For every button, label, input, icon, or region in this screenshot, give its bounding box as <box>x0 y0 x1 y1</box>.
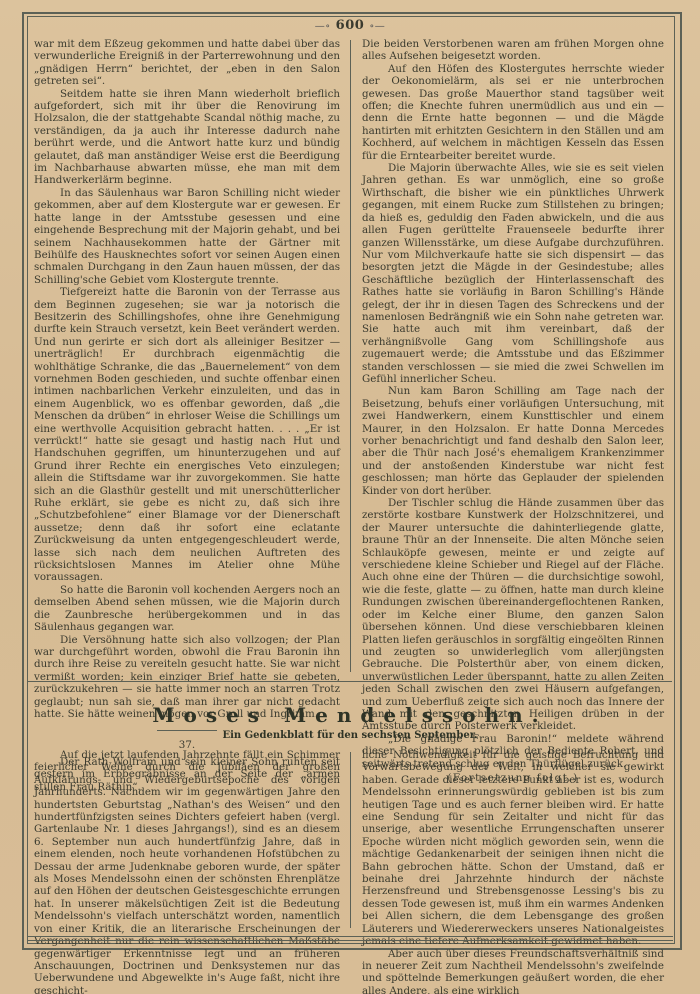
column-divider-top <box>350 40 351 672</box>
article-column-right: liche Nothwendigkeit für die geistige Be… <box>362 749 664 994</box>
story-paragraph: Die Majorin überwachte Alles, wie sie es… <box>362 162 664 385</box>
article-title: Moses Mendelssohn. <box>0 703 700 727</box>
story-paragraph: Seitdem hatte sie ihren Mann wiederholt … <box>34 88 340 187</box>
article-subtitle: Ein Gedenkblatt für den sechsten Septemb… <box>0 730 700 741</box>
ornament-right: ∘— <box>369 21 385 32</box>
story-paragraph: Der Tischler schlug die Hände zusammen ü… <box>362 497 664 733</box>
story-paragraph: war mit dem Eßzeug gekommen und hatte da… <box>34 38 340 88</box>
article-paragraph: liche Nothwendigkeit für die geistige Be… <box>362 749 664 948</box>
section-divider <box>28 681 672 682</box>
story-column-right: Die beiden Verstorbenen waren am frühen … <box>362 38 664 784</box>
ornament-left: —∘ <box>315 21 331 32</box>
story-paragraph: Die beiden Verstorbenen waren am frühen … <box>362 38 664 63</box>
page-number: 600 <box>336 18 365 33</box>
article-paragraph: Auf die jetzt laufenden Jahrzehnte fällt… <box>34 749 340 994</box>
page-number-header: —∘ 600 ∘— <box>0 18 700 33</box>
article-paragraph: Aber auch über dieses Freundschaftsverhä… <box>362 948 664 994</box>
article-column-left: Auf die jetzt laufenden Jahrzehnte fällt… <box>34 749 340 994</box>
story-paragraph: Nun kam Baron Schilling am Tage nach der… <box>362 385 664 497</box>
column-divider-bottom <box>350 752 351 928</box>
story-paragraph: Auf den Höfen des Klostergutes herrschte… <box>362 63 664 162</box>
story-paragraph: In das Säulenhaus war Baron Schilling ni… <box>34 187 340 286</box>
page-bottom-rule <box>27 936 673 941</box>
newspaper-page: —∘ 600 ∘— war mit dem Eßzeug gekommen un… <box>0 0 700 994</box>
story-paragraph: So hatte die Baronin voll kochenden Aerg… <box>34 584 340 634</box>
story-column-left: war mit dem Eßzeug gekommen und hatte da… <box>34 38 340 793</box>
story-paragraph: Tiefgereizt hatte die Baronin von der Te… <box>34 286 340 584</box>
